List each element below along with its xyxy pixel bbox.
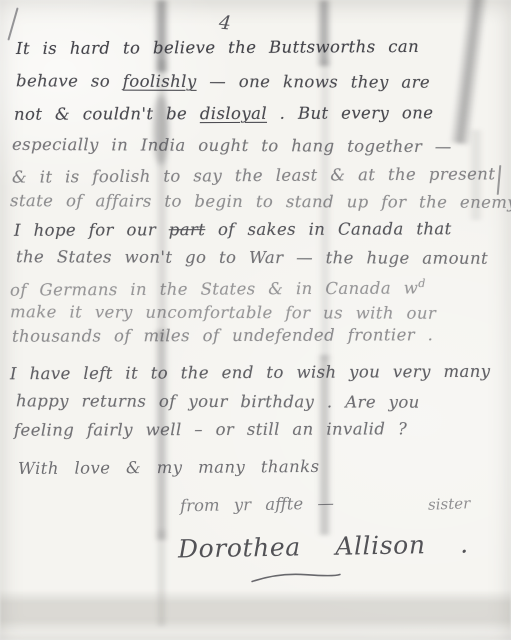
letter-line: It is hard to believe the Buttsworths ca… xyxy=(16,37,419,58)
signature: Dorothea Allison . xyxy=(178,529,469,563)
letter-line: thousands of miles of undefended frontie… xyxy=(12,325,433,345)
letter-line: I hope for our part of sakes in Canada t… xyxy=(14,219,452,240)
letter-text-segment: the States won't go to War — the huge am… xyxy=(16,247,488,268)
letter-line: state of affairs to begin to stand up fo… xyxy=(10,191,511,212)
letter-line: I have left it to the end to wish you ve… xyxy=(10,362,491,384)
letter-text-segment: d xyxy=(418,277,426,290)
letter-text-segment: make it very uncomfortable for us with o… xyxy=(10,302,436,322)
letter-line: & it is foolish to say the least & at th… xyxy=(12,164,495,186)
scanned-letter-page: 4 It is hard to believe the Buttsworths … xyxy=(0,0,511,640)
letter-line: of Germans in the States & in Canada wd xyxy=(10,277,426,300)
closing-sister-word: sister xyxy=(428,494,471,513)
closing-line-2: from yr affte — sister xyxy=(0,495,511,525)
letter-text-segment: & it is foolish to say the least & at th… xyxy=(12,164,495,186)
letter-text-segment: disloyal xyxy=(200,104,267,123)
letter-text-segment: especially in India ought to hang togeth… xyxy=(12,135,452,156)
letter-text-segment: It is hard to believe the Buttsworths ca… xyxy=(16,37,419,58)
letter-text-segment: not & couldn't be xyxy=(14,104,200,124)
letter-line: not & couldn't be disloyal . But every o… xyxy=(14,103,433,123)
letter-text-segment: . But every one xyxy=(267,103,433,123)
letter-text-segment: of sakes in Canada that xyxy=(205,219,451,239)
letter-line: behave so foolishly — one knows they are xyxy=(16,71,430,91)
letter-line: the States won't go to War — the huge am… xyxy=(16,247,488,268)
letter-text-segment: foolishly xyxy=(123,72,197,91)
letter-text-segment: — one knows they are xyxy=(197,72,431,92)
letter-text-segment: thousands of miles of undefended frontie… xyxy=(12,325,433,345)
letter-text-segment: of Germans in the States & in Canada w xyxy=(10,278,418,299)
closing-line: With love & my many thanks xyxy=(18,457,320,478)
letter-line: feeling fairly well – or still an invali… xyxy=(14,419,407,439)
letter-text-segment: happy returns of your birthday . Are you xyxy=(16,391,420,411)
letter-line: make it very uncomfortable for us with o… xyxy=(10,302,436,322)
letter-text-segment: I have left it to the end to wish you ve… xyxy=(10,362,491,384)
letter-text-segment: part xyxy=(169,220,206,239)
letter-line: happy returns of your birthday . Are you xyxy=(16,391,420,411)
letter-text-segment: behave so xyxy=(16,71,123,90)
letter-text-segment: feeling fairly well – or still an invali… xyxy=(14,419,407,439)
letter-line: especially in India ought to hang togeth… xyxy=(12,135,452,156)
closing-valediction: from yr affte — xyxy=(180,494,334,516)
letter-text-segment: I hope for our xyxy=(14,220,169,240)
letter-text-segment: state of affairs to begin to stand up fo… xyxy=(10,191,511,212)
